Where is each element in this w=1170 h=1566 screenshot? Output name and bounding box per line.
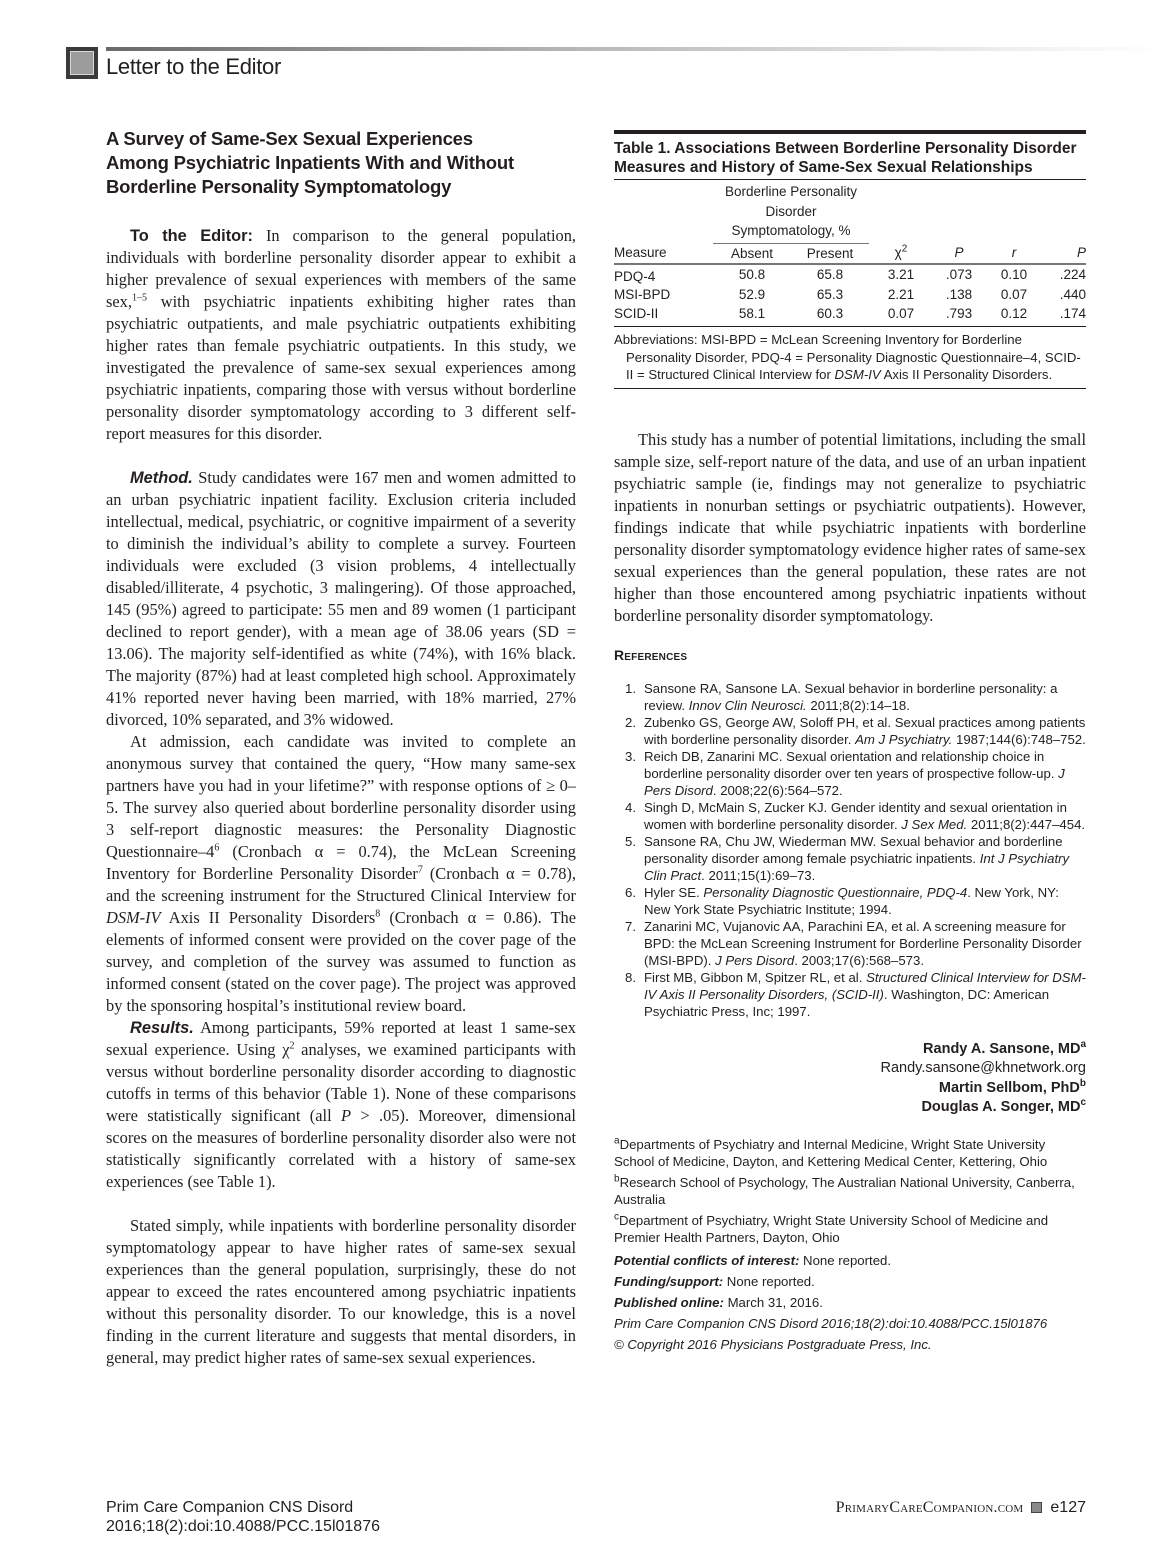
cell-chi2: 3.21 — [869, 264, 933, 287]
ref-number: 1. — [614, 680, 644, 714]
ref-journal: J Pers Disord — [715, 953, 794, 968]
citation-sup: 1–5 — [132, 293, 147, 304]
ref-text: Sansone RA, Sansone LA. Sexual behavior … — [644, 680, 1086, 714]
cell-r: 0.07 — [985, 286, 1043, 305]
col-chi2: χ2 — [869, 243, 933, 264]
ref-journal: Personality Diagnostic Questionnaire, PD… — [703, 885, 967, 900]
meta-value: None reported. — [799, 1253, 891, 1268]
col-present: Present — [791, 243, 869, 264]
col-p1: P — [933, 243, 985, 264]
header-rule — [106, 47, 1170, 51]
author-name: Randy A. Sansone, MDa — [614, 1040, 1086, 1060]
reference-item: 5.Sansone RA, Chu JW, Wiederman MW. Sexu… — [614, 833, 1086, 884]
author-name-text: Randy A. Sansone, MD — [923, 1041, 1080, 1057]
p-italic: P — [341, 1106, 351, 1125]
affil-sup: a — [1080, 1039, 1086, 1050]
cell-p2: .174 — [1043, 305, 1086, 324]
intro-lead: To the Editor: — [130, 227, 253, 245]
cell-measure: PDQ-4 — [614, 264, 713, 287]
p-label: P — [1077, 245, 1086, 260]
intro-paragraph: To the Editor: In comparison to the gene… — [106, 225, 576, 445]
cell-chi2: 2.21 — [869, 286, 933, 305]
cell-absent: 58.1 — [713, 305, 791, 324]
title-line: Borderline Personality Symptomatology — [106, 175, 576, 199]
ref-number: 2. — [614, 714, 644, 748]
ref-number: 5. — [614, 833, 644, 884]
article-title: A Survey of Same-Sex Sexual Experiences … — [106, 127, 576, 199]
cell-r: 0.10 — [985, 264, 1043, 287]
references-heading: References — [614, 647, 1086, 663]
admission-paragraph: At admission, each candidate was invited… — [106, 731, 576, 1017]
author-name-text: Douglas A. Songer, MD — [921, 1099, 1080, 1115]
cell-present: 65.3 — [791, 286, 869, 305]
table-footnote: Abbreviations: MSI-BPD = McLean Screenin… — [614, 326, 1086, 389]
cell-measure: SCID-II — [614, 305, 713, 324]
group-header-text: Borderline Personality Disorder Symptoma… — [721, 182, 861, 241]
affiliation-item: cDepartment of Psychiatry, Wright State … — [614, 1212, 1086, 1247]
cell-p2: .440 — [1043, 286, 1086, 305]
cell-r: 0.12 — [985, 305, 1043, 324]
ref-authors-title: First MB, Gibbon M, Spitzer RL, et al. — [644, 970, 866, 985]
ref-authors-title: Reich DB, Zanarini MC. Sexual orientatio… — [644, 749, 1058, 781]
ref-pub: . 2003;17(6):568–573. — [794, 953, 924, 968]
meta-label: Funding/support: — [614, 1274, 723, 1289]
affil-text: Department of Psychiatry, Wright State U… — [614, 1213, 1048, 1246]
article-meta: Potential conflicts of interest: None re… — [614, 1250, 1086, 1355]
ref-text: Sansone RA, Chu JW, Wiederman MW. Sexual… — [644, 833, 1086, 884]
cell-measure: MSI-BPD — [614, 286, 713, 305]
reference-item: 4.Singh D, McMain S, Zucker KJ. Gender i… — [614, 799, 1086, 833]
col-r: r — [985, 243, 1043, 264]
reference-item: 2.Zubenko GS, George AW, Soloff PH, et a… — [614, 714, 1086, 748]
table-header-row: Measure Absent Present χ2 P r P — [614, 243, 1086, 264]
reference-item: 3.Reich DB, Zanarini MC. Sexual orientat… — [614, 748, 1086, 799]
method-text: Study candidates were 167 men and women … — [106, 468, 576, 729]
copyright-line: © Copyright 2016 Physicians Postgraduate… — [614, 1334, 1086, 1355]
method-lead: Method. — [130, 469, 193, 487]
limitations-paragraph: This study has a number of potential lim… — [614, 429, 1086, 627]
footer-journal-name: Prim Care Companion CNS Disord — [106, 1498, 380, 1517]
author-name-text: Martin Sellbom, PhD — [939, 1080, 1080, 1096]
table-top-rule — [614, 130, 1086, 134]
author-block: Randy A. Sansone, MDa Randy.sansone@khne… — [614, 1040, 1086, 1118]
table-1: Borderline Personality Disorder Symptoma… — [614, 180, 1086, 323]
ref-pub: 2011;8(2):14–18. — [807, 698, 910, 713]
ref-number: 4. — [614, 799, 644, 833]
affiliation-item: bResearch School of Psychology, The Aust… — [614, 1174, 1086, 1209]
table-group-header: Borderline Personality Disorder Symptoma… — [713, 180, 869, 243]
results-paragraph: Results. Among participants, 59% reporte… — [106, 1017, 576, 1193]
ref-authors-title: Hyler SE. — [644, 885, 703, 900]
results-lead: Results. — [130, 1019, 194, 1037]
title-line: Among Psychiatric Inpatients With and Wi… — [106, 151, 576, 175]
table-row: MSI-BPD 52.9 65.3 2.21 .138 0.07 .440 — [614, 286, 1086, 305]
affiliations: aDepartments of Psychiatry and Internal … — [614, 1136, 1086, 1247]
article-body-left: To the Editor: In comparison to the gene… — [106, 225, 576, 1369]
left-column: A Survey of Same-Sex Sexual Experiences … — [106, 127, 576, 1369]
affil-text: Research School of Psychology, The Austr… — [614, 1175, 1075, 1208]
ref-text: Reich DB, Zanarini MC. Sexual orientatio… — [644, 748, 1086, 799]
footnote-italic: DSM-IV — [835, 367, 881, 382]
meta-label: Potential conflicts of interest: — [614, 1253, 799, 1268]
meta-label: Published online: — [614, 1295, 724, 1310]
cell-p1: .073 — [933, 264, 985, 287]
chi-sup: 2 — [902, 244, 908, 255]
table-row: SCID-II 58.1 60.3 0.07 .793 0.12 .174 — [614, 305, 1086, 324]
page-number: e127 — [1050, 1498, 1086, 1517]
published-line: Published online: March 31, 2016. — [614, 1292, 1086, 1313]
article-body-right: This study has a number of potential lim… — [614, 429, 1086, 627]
ref-text: First MB, Gibbon M, Spitzer RL, et al. S… — [644, 969, 1086, 1020]
cell-p1: .793 — [933, 305, 985, 324]
ref-text: Zanarini MC, Vujanovic AA, Parachini EA,… — [644, 918, 1086, 969]
ref-journal: J Sex Med. — [901, 817, 967, 832]
col-measure: Measure — [614, 243, 713, 264]
dsm-italic: DSM-IV — [106, 908, 161, 927]
ref-text: Zubenko GS, George AW, Soloff PH, et al.… — [644, 714, 1086, 748]
intro-text: with psychiatric inpatients exhibiting h… — [106, 292, 576, 443]
cell-chi2: 0.07 — [869, 305, 933, 324]
method-paragraph: Method. Study candidates were 167 men an… — [106, 467, 576, 731]
reference-item: 6.Hyler SE. Personality Diagnostic Quest… — [614, 884, 1086, 918]
ref-text: Hyler SE. Personality Diagnostic Questio… — [644, 884, 1086, 918]
citation-line: Prim Care Companion CNS Disord 2016;18(2… — [614, 1313, 1086, 1334]
col-p2: P — [1043, 243, 1086, 264]
section-marker-icon — [66, 47, 98, 79]
author-name: Martin Sellbom, PhDb — [614, 1079, 1086, 1099]
table-row: PDQ-4 50.8 65.8 3.21 .073 0.10 .224 — [614, 264, 1086, 287]
ref-journal: Innov Clin Neurosci. — [689, 698, 807, 713]
r-label: r — [1012, 245, 1017, 260]
separator-square-icon — [1031, 1502, 1042, 1513]
reference-item: 8.First MB, Gibbon M, Spitzer RL, et al.… — [614, 969, 1086, 1020]
footnote-text: Axis II Personality Disorders. — [881, 367, 1053, 382]
ref-number: 8. — [614, 969, 644, 1020]
affil-text: Departments of Psychiatry and Internal M… — [614, 1137, 1047, 1170]
ref-journal: Am J Psychiatry. — [855, 732, 952, 747]
affil-sup: c — [1080, 1097, 1086, 1108]
references-list: 1.Sansone RA, Sansone LA. Sexual behavio… — [614, 680, 1086, 1020]
ref-number: 7. — [614, 918, 644, 969]
cell-p2: .224 — [1043, 264, 1086, 287]
cell-absent: 50.8 — [713, 264, 791, 287]
table-title: Table 1. Associations Between Borderline… — [614, 139, 1086, 177]
section-label: Letter to the Editor — [106, 54, 281, 80]
author-name: Douglas A. Songer, MDc — [614, 1098, 1086, 1118]
ref-pub: 2011;8(2):447–454. — [967, 817, 1085, 832]
footer-right: PrimaryCareCompanion.com e127 — [836, 1498, 1086, 1517]
chi-symbol: χ — [895, 245, 902, 260]
cell-p1: .138 — [933, 286, 985, 305]
reference-item: 7.Zanarini MC, Vujanovic AA, Parachini E… — [614, 918, 1086, 969]
footer-doi: 2016;18(2):doi:10.4088/PCC.15l01876 — [106, 1517, 380, 1536]
cell-absent: 52.9 — [713, 286, 791, 305]
ref-pub: 1987;144(6):748–752. — [952, 732, 1085, 747]
footer-site-link[interactable]: PrimaryCareCompanion.com — [836, 1498, 1024, 1517]
ref-number: 3. — [614, 748, 644, 799]
reference-item: 1.Sansone RA, Sansone LA. Sexual behavio… — [614, 680, 1086, 714]
ref-text: Singh D, McMain S, Zucker KJ. Gender ide… — [644, 799, 1086, 833]
funding-line: Funding/support: None reported. — [614, 1271, 1086, 1292]
title-line: A Survey of Same-Sex Sexual Experiences — [106, 127, 576, 151]
cell-present: 60.3 — [791, 305, 869, 324]
meta-value: None reported. — [723, 1274, 815, 1289]
meta-value: March 31, 2016. — [724, 1295, 823, 1310]
conflicts-line: Potential conflicts of interest: None re… — [614, 1250, 1086, 1271]
ref-number: 6. — [614, 884, 644, 918]
ref-pub: . 2011;15(1):69–73. — [701, 868, 815, 883]
author-email-link[interactable]: Randy.sansone@khnetwork.org — [614, 1059, 1086, 1079]
cell-present: 65.8 — [791, 264, 869, 287]
affiliation-item: aDepartments of Psychiatry and Internal … — [614, 1136, 1086, 1171]
footer-journal: Prim Care Companion CNS Disord 2016;18(2… — [106, 1498, 380, 1536]
p-label: P — [954, 245, 963, 260]
col-absent: Absent — [713, 243, 791, 264]
right-column: Table 1. Associations Between Borderline… — [614, 130, 1086, 1355]
affil-sup: b — [1080, 1078, 1086, 1089]
admission-text: Axis II Personality Disorders — [161, 908, 376, 927]
ref-pub: . 2008;22(6):564–572. — [713, 783, 843, 798]
conclusion-paragraph: Stated simply, while inpatients with bor… — [106, 1215, 576, 1369]
